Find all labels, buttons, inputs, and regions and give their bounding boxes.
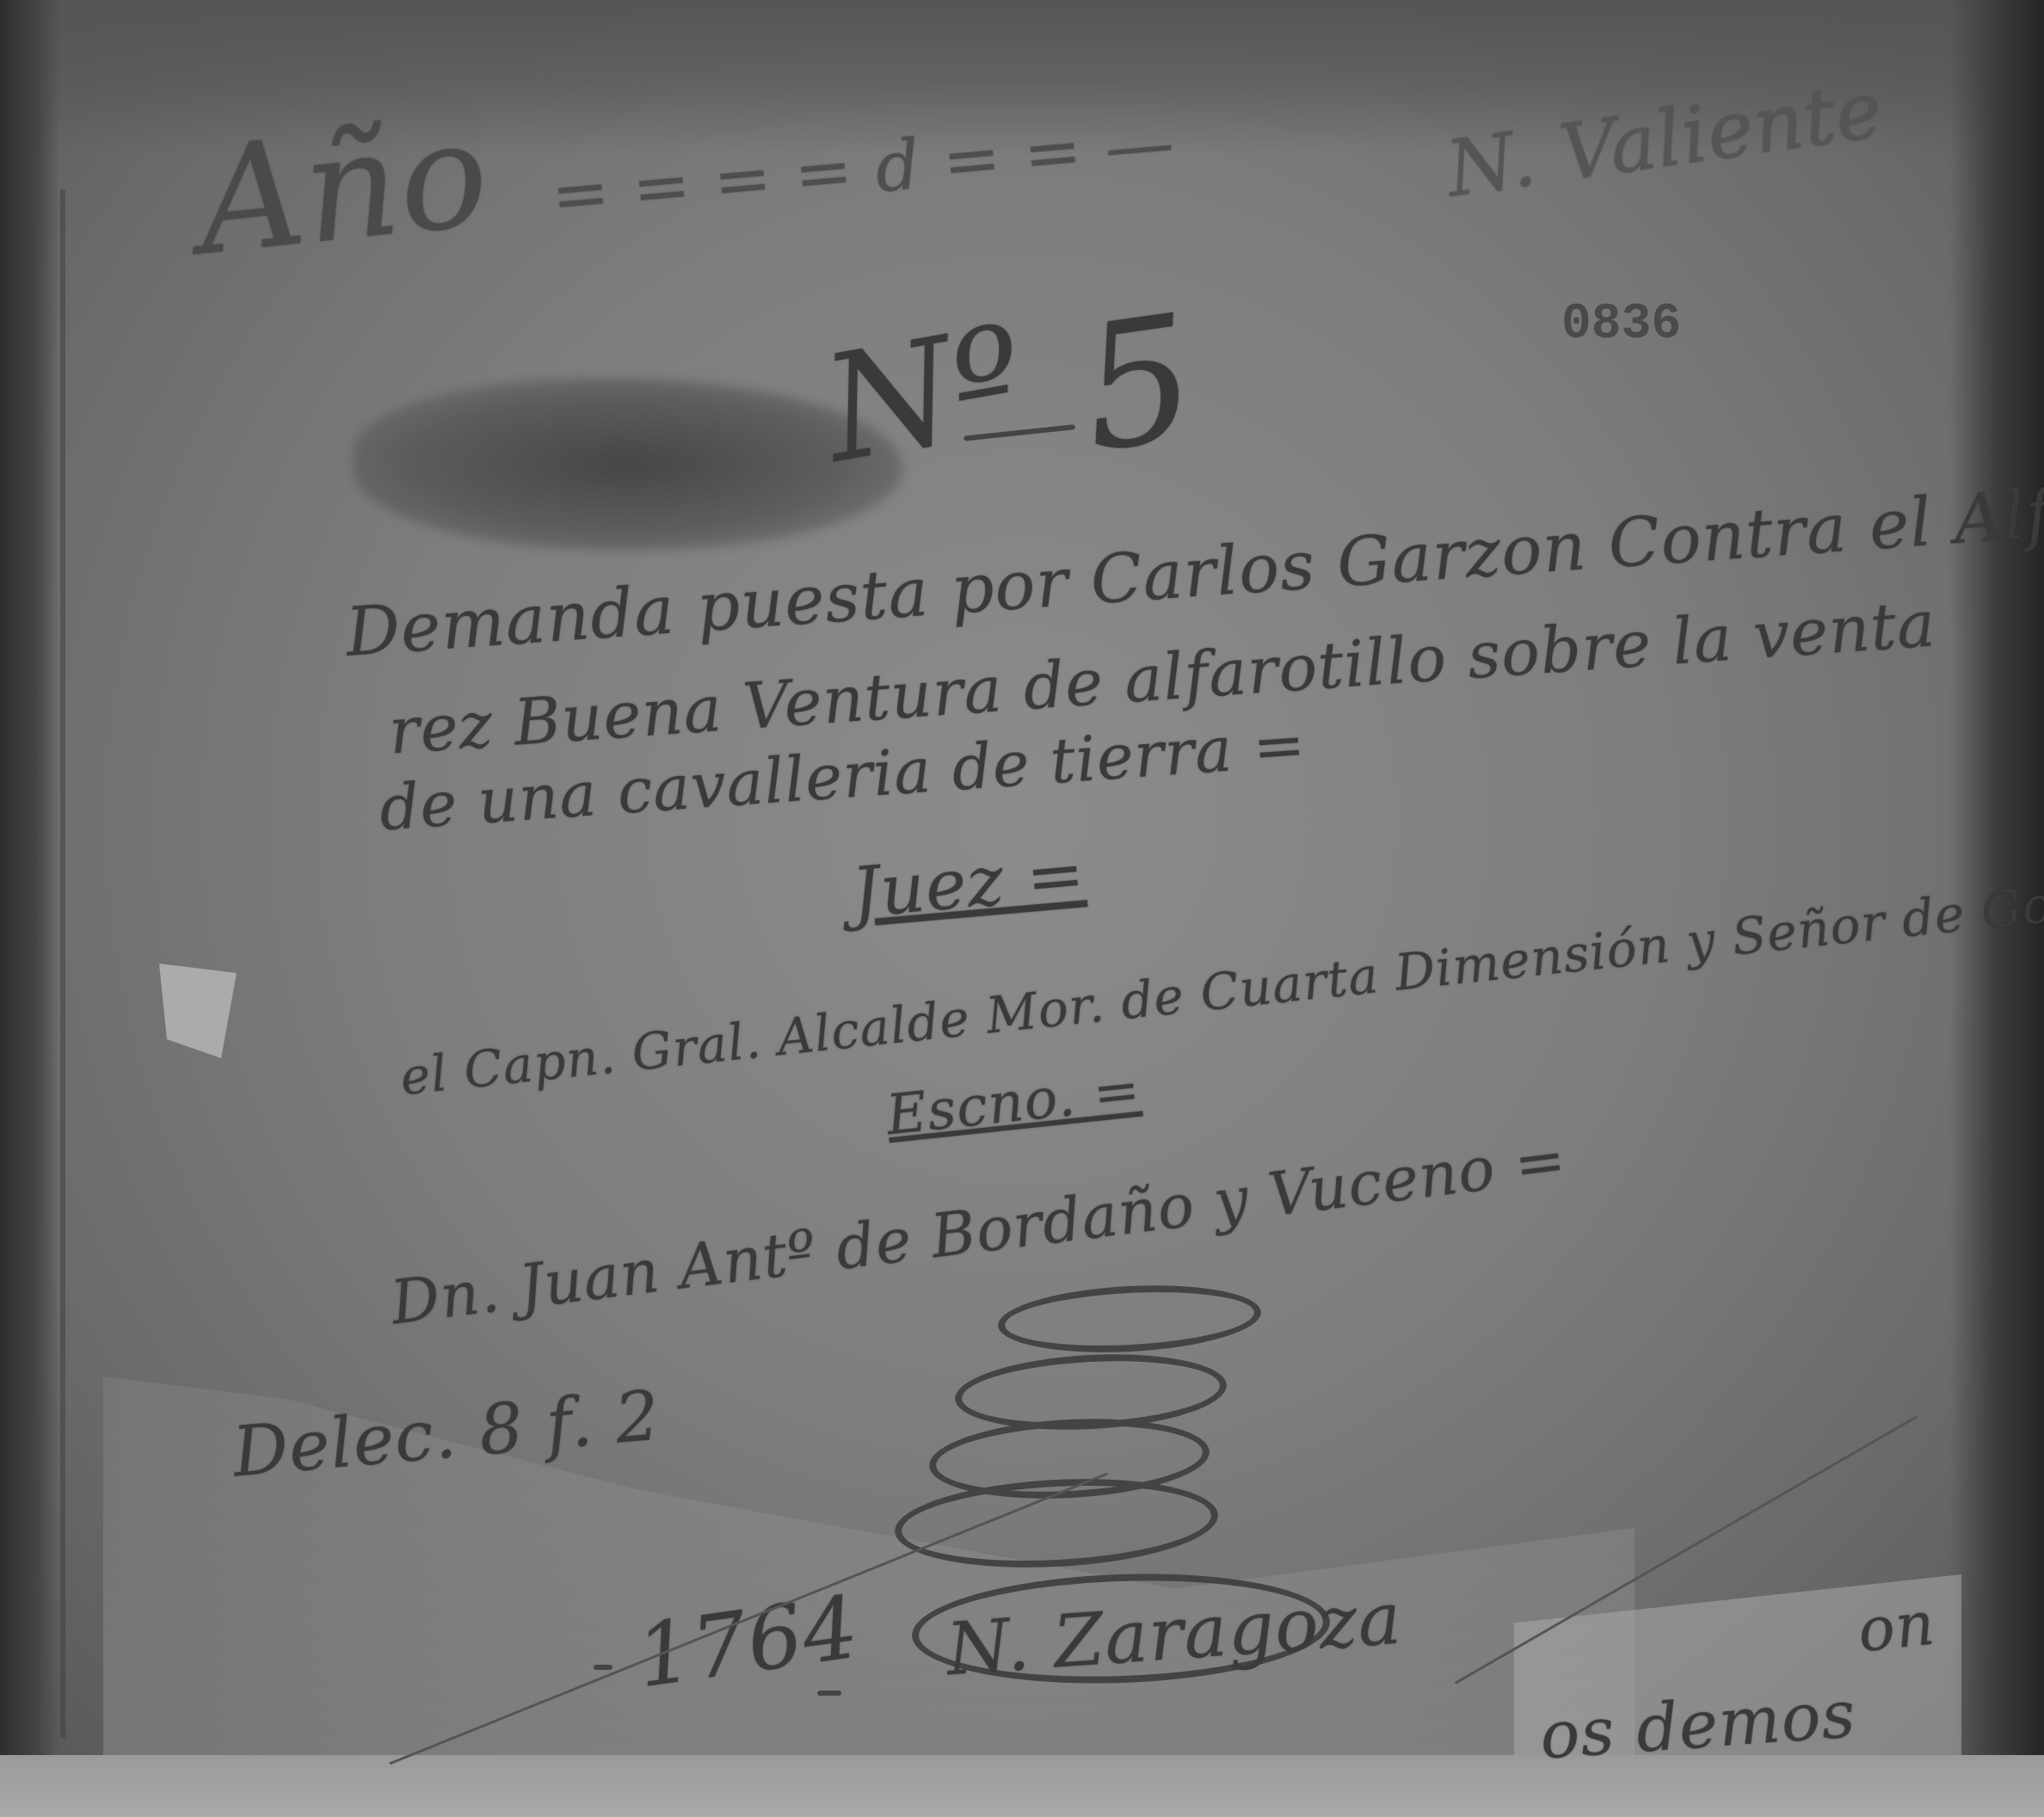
judge-label: Juez = [848,833,1088,933]
binding-line [60,189,65,1738]
flourish-loop-1 [996,1279,1263,1358]
flourish-loop-4 [893,1471,1221,1575]
left-binding-edge [0,0,60,1817]
archive-number-stamp: 0836 [1561,297,1681,353]
manuscript-scan: Año = = = = d = = — N. Valiente 0836 Nº … [0,0,2044,1817]
year-label: Año [190,89,496,288]
clerk-label: Escno. = [883,1058,1143,1149]
corner-fragment-line-1: on [1855,1588,1938,1666]
ink-stain [353,379,903,551]
file-number-prefix: Nº [813,293,1038,496]
footer-year-dash-left [594,1665,613,1670]
torn-paper-patch [159,964,237,1058]
judge-text: el Capn. Gral. Alcalde Mor. de Cuarta Di… [397,862,2044,1107]
clerk-text: Dn. Juan Antº de Bordaño y Vuceno = [387,1124,1570,1339]
file-number-value: 5 [1070,277,1207,491]
footer-year-dash-right [817,1691,841,1696]
bottom-text-strip [0,1755,2044,1817]
